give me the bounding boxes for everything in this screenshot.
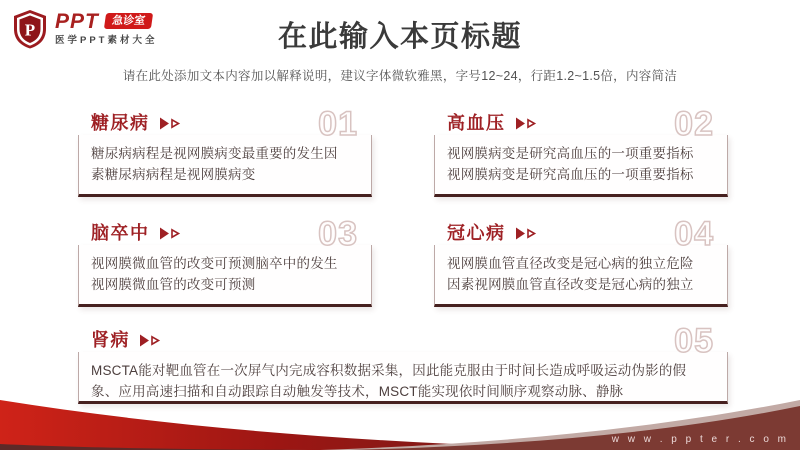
card-title: 高血压 [447,114,506,132]
card-coronary-disease: 冠心病 04 视网膜血管直径改变是冠心病的独立危险 因素视网膜血管直径改变是冠心… [434,218,728,307]
watermark-url: w w w . p p t e r . c o m [612,434,789,445]
card-number: 03 [318,216,358,252]
card-body: 视网膜病变是研究高血压的一项重要指标 视网膜病变是研究高血压的一项重要指标 [447,143,719,185]
card-number: 01 [318,106,358,142]
card-title: 糖尿病 [91,114,150,132]
double-arrow-icon [159,117,183,130]
page-subtitle: 请在此处添加文本内容加以解释说明，建议字体微软雅黑，字号12~24，行距1.2~… [0,66,800,84]
card-title: 冠心病 [447,224,506,242]
card-body: 视网膜微血管的改变可预测脑卒中的发生 视网膜微血管的改变可预测 [91,253,363,295]
card-title: 肾病 [91,331,130,349]
card-number: 05 [674,323,714,359]
card-number: 02 [674,106,714,142]
double-arrow-icon [139,334,163,347]
card-diabetes: 糖尿病 01 糖尿病病程是视网膜病变最重要的发生因 素糖尿病病程是视网膜病变 [78,108,372,197]
card-body: MSCTA能对靶血管在一次屏气内完成容积数据采集，因此能克服由于时间长造成呼吸运… [91,360,719,402]
double-arrow-icon [159,227,183,240]
card-stroke: 脑卒中 03 视网膜微血管的改变可预测脑卒中的发生 视网膜微血管的改变可预测 [78,218,372,307]
card-body: 糖尿病病程是视网膜病变最重要的发生因 素糖尿病病程是视网膜病变 [91,143,363,185]
card-number: 04 [674,216,714,252]
double-arrow-icon [515,117,539,130]
page-title: 在此输入本页标题 [0,22,800,54]
card-kidney-disease: 肾病 05 MSCTA能对靶血管在一次屏气内完成容积数据采集，因此能克服由于时间… [78,325,728,404]
slide-canvas: P PPT 急诊室 医学PPT素材大全 在此输入本页标题 请在此处添加文本内容加… [0,0,800,450]
card-body: 视网膜血管直径改变是冠心病的独立危险 因素视网膜血管直径改变是冠心病的独立 [447,253,719,295]
card-hypertension: 高血压 02 视网膜病变是研究高血压的一项重要指标 视网膜病变是研究高血压的一项… [434,108,728,197]
card-title: 脑卒中 [91,224,150,242]
double-arrow-icon [515,227,539,240]
